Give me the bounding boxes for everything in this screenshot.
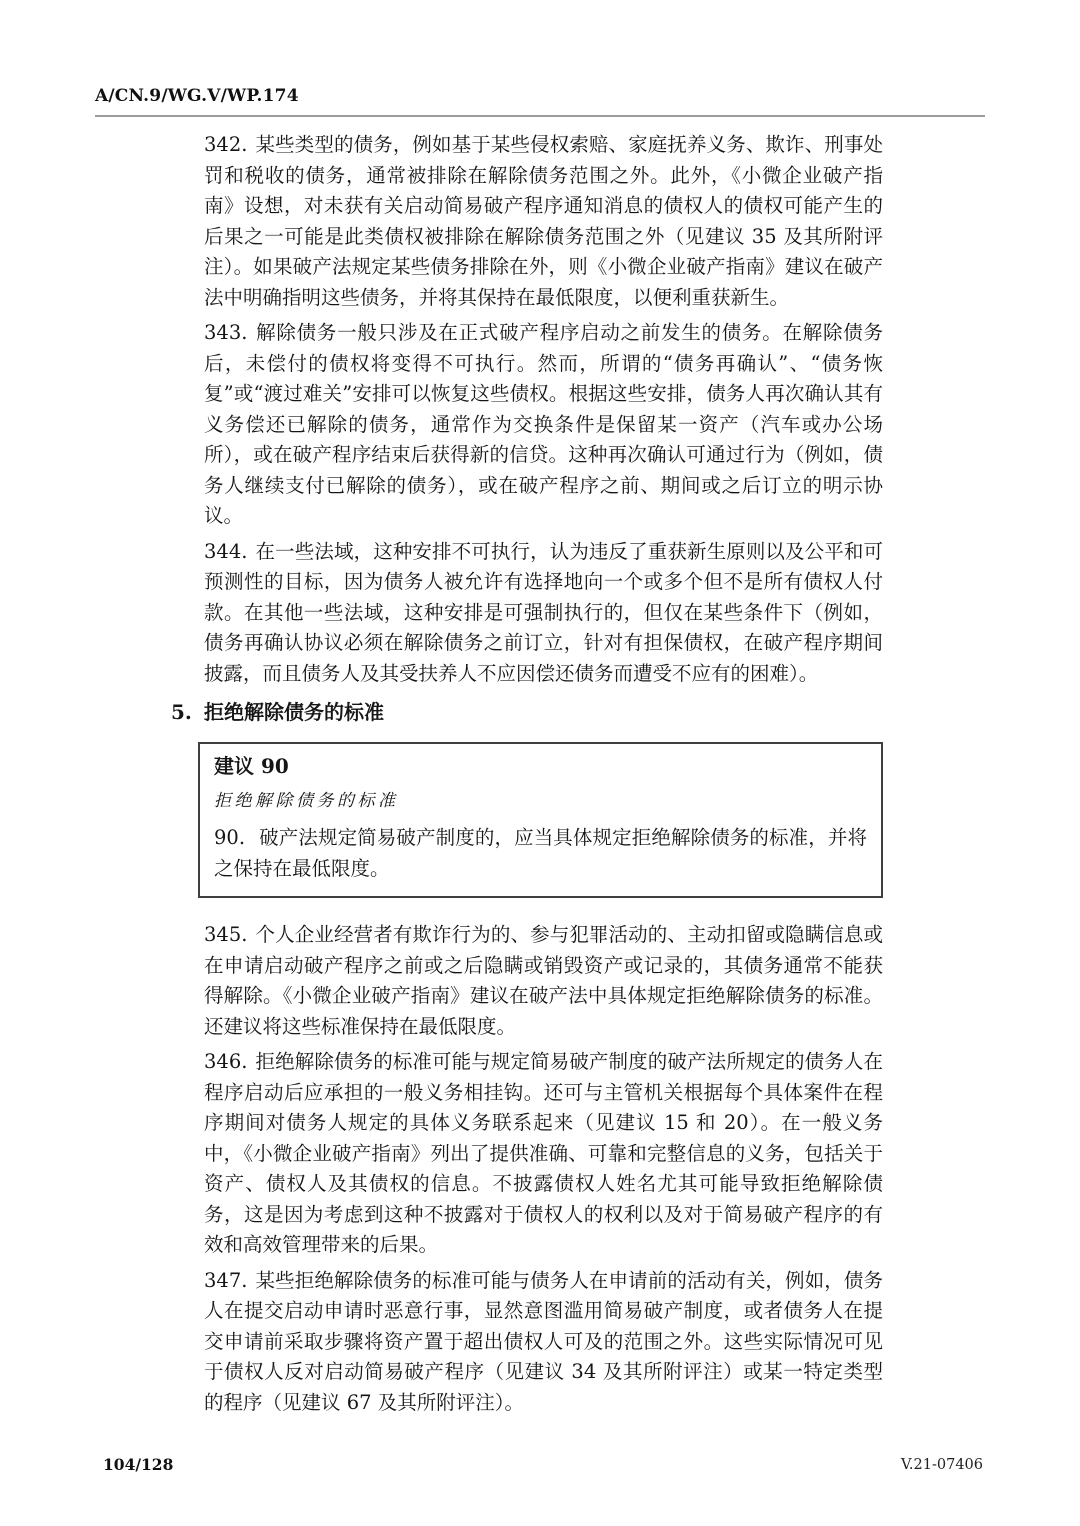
paragraph-text: 某些类型的债务，例如基于某些侵权索赔、家庭抚养义务、欺诈、刑事处罚和税收的债务，… bbox=[204, 133, 883, 309]
section-title: 拒绝解除债务的标准 bbox=[204, 700, 384, 724]
paragraph-text: 在一些法域，这种安排不可执行，认为违反了重获新生原则以及公平和可预测性的目标，因… bbox=[204, 540, 883, 685]
paragraph-text: 解除债务一般只涉及在正式破产程序启动之前发生的债务。在解除债务后，未偿付的债权将… bbox=[204, 321, 883, 527]
paragraph-number: 344. bbox=[204, 540, 247, 563]
section-heading: 5. 拒绝解除债务的标准 bbox=[204, 697, 883, 727]
paragraph-text: 个人企业经营者有欺诈行为的、参与犯罪活动的、主动扣留或隐瞒信息或在申请启动破产程… bbox=[204, 923, 883, 1038]
paragraph-345: 345.个人企业经营者有欺诈行为的、参与犯罪活动的、主动扣留或隐瞒信息或在申请启… bbox=[204, 920, 883, 1042]
page-body: 342.某些类型的债务，例如基于某些侵权索赔、家庭抚养义务、欺诈、刑事处罚和税收… bbox=[204, 130, 883, 1423]
recommendation-title: 建议 90 bbox=[214, 752, 867, 780]
paragraph-number: 343. bbox=[204, 321, 247, 344]
paragraph-343: 343.解除债务一般只涉及在正式破产程序启动之前发生的债务。在解除债务后，未偿付… bbox=[204, 318, 883, 532]
paragraph-344: 344.在一些法域，这种安排不可执行，认为违反了重获新生原则以及公平和可预测性的… bbox=[204, 537, 883, 690]
document-page: A/CN.9/WG.V/WP.174 342.某些类型的债务，例如基于某些侵权索… bbox=[0, 0, 1080, 1526]
doc-symbol: A/CN.9/WG.V/WP.174 bbox=[95, 86, 299, 106]
paragraph-number: 347. bbox=[204, 1269, 247, 1292]
recommendation-number: 90. bbox=[214, 826, 245, 849]
paragraph-347: 347.某些拒绝解除债务的标准可能与债务人在申请前的活动有关，例如，债务人在提交… bbox=[204, 1266, 883, 1419]
header-rule bbox=[95, 115, 985, 117]
recommendation-body: 破产法规定简易破产制度的，应当具体规定拒绝解除债务的标准，并将之保持在最低限度。 bbox=[214, 826, 867, 880]
recommendation-text: 90.破产法规定简易破产制度的，应当具体规定拒绝解除债务的标准，并将之保持在最低… bbox=[214, 823, 867, 884]
page-number: 104/128 bbox=[103, 1455, 173, 1474]
paragraph-number: 345. bbox=[204, 923, 247, 946]
paragraph-342: 342.某些类型的债务，例如基于某些侵权索赔、家庭抚养义务、欺诈、刑事处罚和税收… bbox=[204, 130, 883, 313]
recommendation-box: 建议 90 拒绝解除债务的标准 90.破产法规定简易破产制度的，应当具体规定拒绝… bbox=[198, 742, 883, 898]
section-number: 5. bbox=[171, 697, 192, 727]
recommendation-subtitle: 拒绝解除债务的标准 bbox=[214, 789, 867, 813]
paragraph-text: 某些拒绝解除债务的标准可能与债务人在申请前的活动有关，例如，债务人在提交启动申请… bbox=[204, 1269, 883, 1414]
paragraph-number: 346. bbox=[204, 1050, 247, 1073]
document-id: V.21-07406 bbox=[901, 1457, 983, 1473]
paragraph-number: 342. bbox=[204, 133, 247, 156]
paragraph-346: 346.拒绝解除债务的标准可能与规定简易破产制度的破产法所规定的债务人在程序启动… bbox=[204, 1047, 883, 1261]
paragraph-text: 拒绝解除债务的标准可能与规定简易破产制度的破产法所规定的债务人在程序启动后应承担… bbox=[204, 1050, 883, 1256]
